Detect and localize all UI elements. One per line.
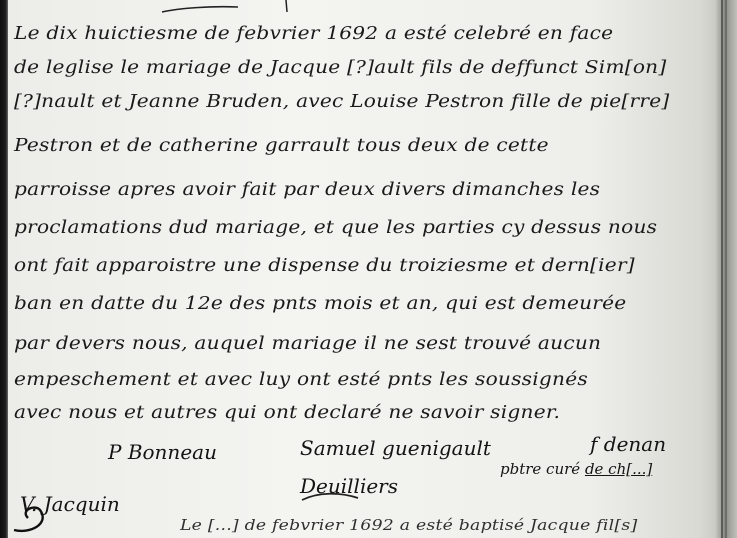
gutter-line (725, 0, 727, 538)
descender-stroke (280, 0, 292, 14)
entry-line-5: parroisse apres avoir fait par deux dive… (14, 180, 600, 200)
entry-line-2: de leglise le mariage de Jacque [?]ault … (14, 58, 666, 78)
entry-line-4: Pestron et de catherine garrault tous de… (14, 136, 549, 156)
gutter-line (721, 0, 723, 538)
signature-denan: f denan (590, 432, 666, 456)
entry-line-1: Le dix huictiesme de febvrier 1692 a est… (14, 24, 613, 44)
signature-paraph-flourish (300, 488, 360, 504)
signature-paraph-flourish (10, 500, 70, 536)
entry-line-11: avec nous et autres qui ont declaré ne s… (14, 403, 560, 423)
entry-line-3: [?]nault et Jeanne Bruden, avec Louise P… (14, 92, 669, 112)
manuscript-page: Le dix huictiesme de febvrier 1692 a est… (0, 0, 737, 538)
page-left-edge-shadow (0, 0, 8, 538)
signature-guenigault: Samuel guenigault (300, 436, 491, 460)
entry-line-8: ban en datte du 12e des pnts mois et an,… (14, 294, 626, 314)
next-entry-partial-line: Le [...] de febvrier 1692 a esté baptisé… (180, 516, 637, 534)
priest-parish: de ch[...] (585, 460, 652, 478)
entry-line-9: par devers nous, auquel mariage il ne se… (14, 334, 601, 354)
signature-cure-title: pbtre curé de ch[...] (500, 460, 652, 478)
signature-bonneau: P Bonneau (108, 440, 217, 464)
priest-title: pbtre curé (500, 460, 580, 478)
entry-line-10: empeschement et avec luy ont esté pnts l… (14, 370, 588, 390)
entry-line-7: ont fait apparoistre une dispense du tro… (14, 256, 635, 276)
entry-line-6: proclamations dud mariage, et que les pa… (14, 218, 657, 238)
top-flourish-stroke (160, 4, 240, 14)
